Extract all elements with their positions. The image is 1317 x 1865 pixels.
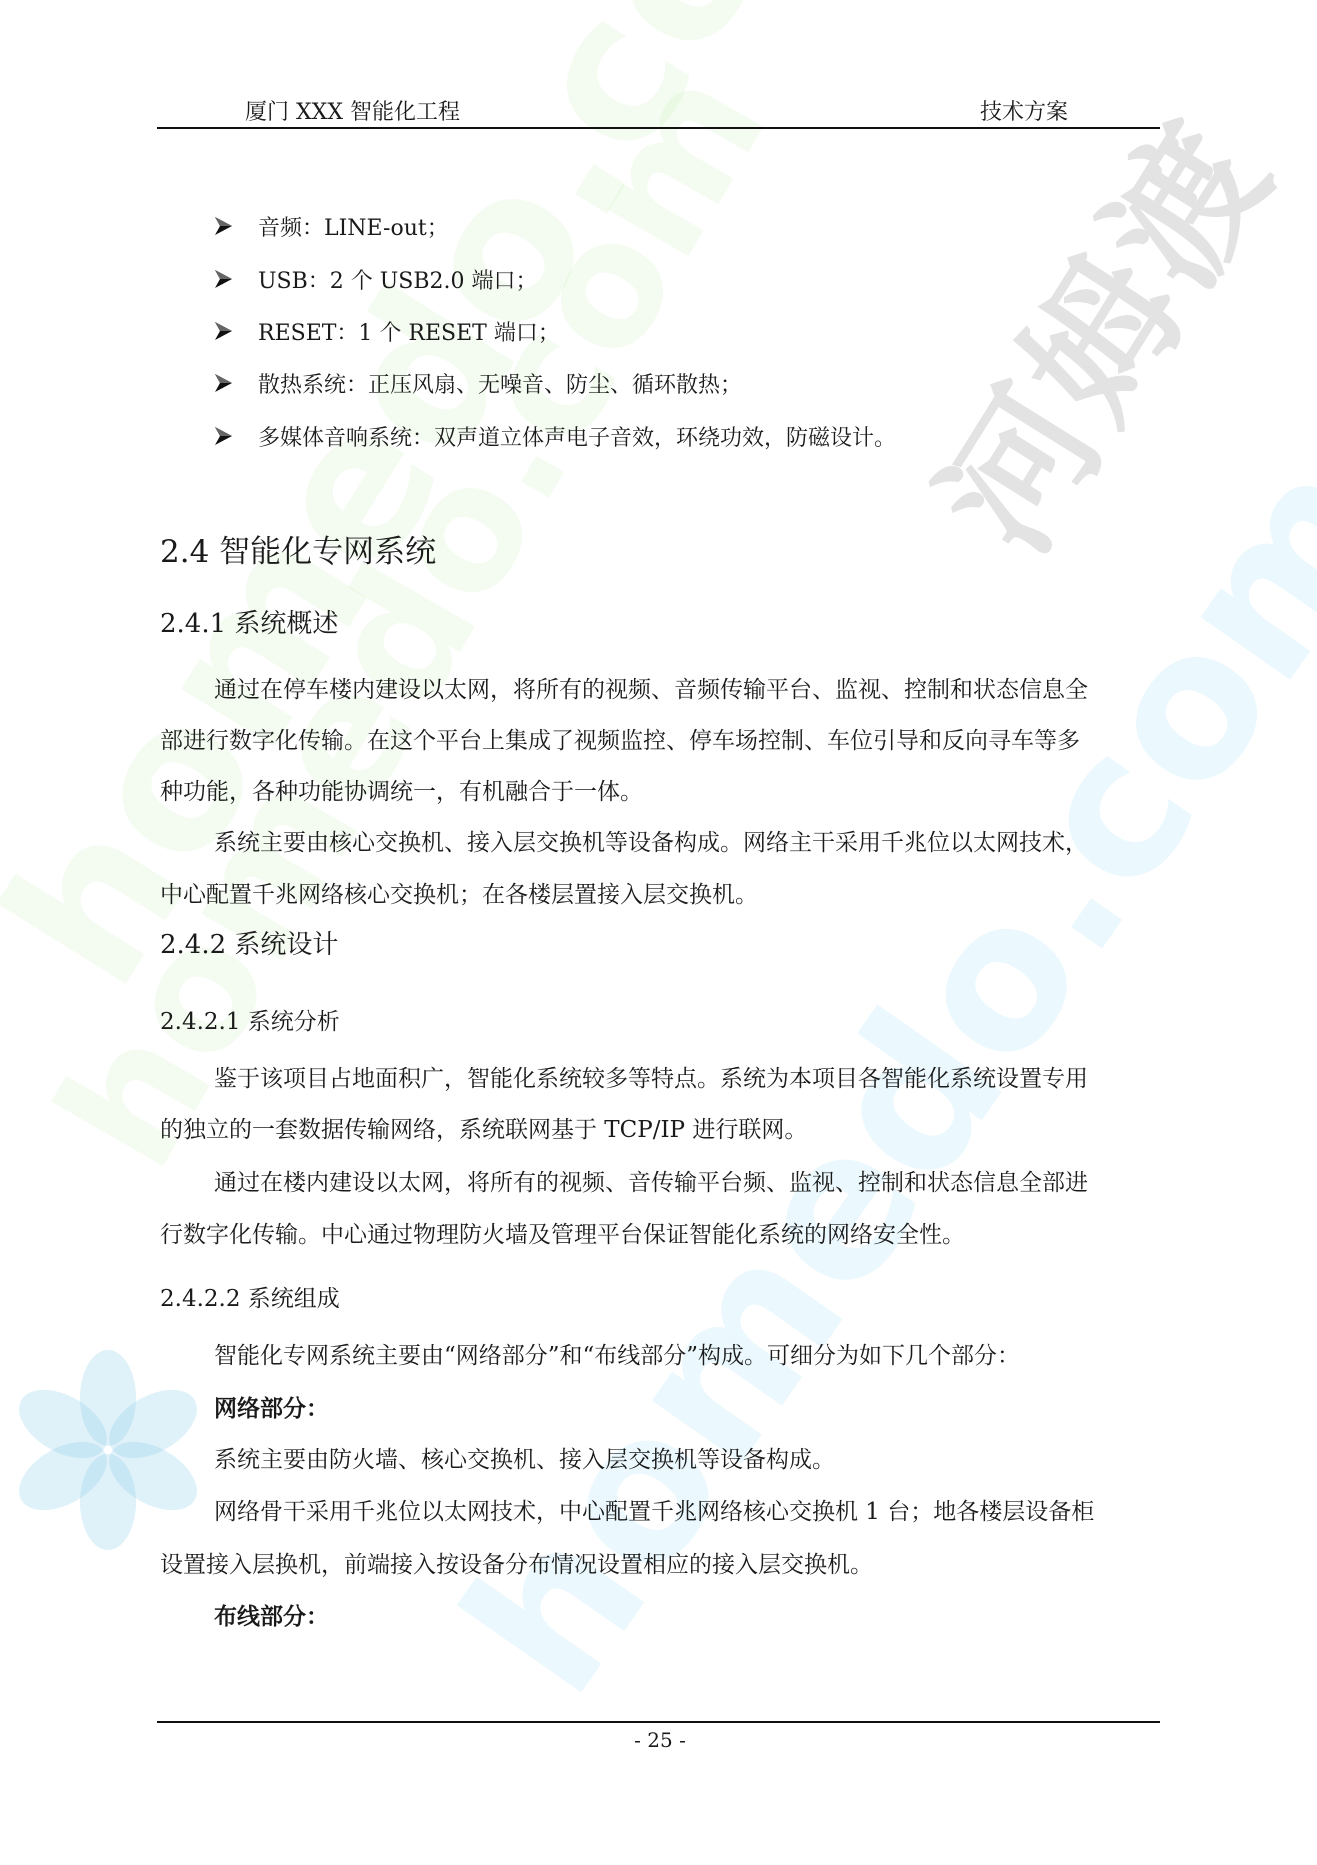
section-heading-2-4-1: 2.4.1 系统概述 <box>160 603 338 640</box>
header-divider <box>157 127 1160 129</box>
network-part-label: 网络部分： <box>214 1390 329 1423</box>
cabling-part-label: 布线部分： <box>214 1598 329 1631</box>
paragraph-line: 种功能，各种功能协调统一，有机融合于一体。 <box>160 773 643 806</box>
paragraph-line: 网络骨干采用千兆位以太网技术，中心配置千兆网络核心交换机 1 台；地各楼层设备柜 <box>214 1493 1094 1526</box>
arrow-bullet-icon <box>213 321 233 341</box>
document-page: 厦门 XXX 智能化工程 技术方案 音频：LINE-out； USB：2 个 U… <box>0 0 1317 1865</box>
bullet-item: RESET：1 个 RESET 端口； <box>213 314 560 348</box>
bullet-item: USB：2 个 USB2.0 端口； <box>213 262 538 296</box>
paragraph-line: 部进行数字化传输。在这个平台上集成了视频监控、停车场控制、车位引导和反向寻车等多 <box>160 722 1080 755</box>
paragraph-line: 的独立的一套数据传输网络，系统联网基于 TCP/IP 进行联网。 <box>160 1111 807 1144</box>
section-heading-2-4-2: 2.4.2 系统设计 <box>160 924 338 961</box>
section-heading-2-4: 2.4 智能化专网系统 <box>160 526 436 571</box>
footer-divider <box>157 1721 1160 1723</box>
bullet-text: 多媒体音响系统：双声道立体声电子音效，环绕功效，防磁设计。 <box>258 421 896 452</box>
page-number: - 25 - <box>620 1728 700 1752</box>
header-doc-type: 技术方案 <box>980 95 1068 126</box>
paragraph-line: 鉴于该项目占地面积广，智能化系统较多等特点。系统为本项目各智能化系统设置专用 <box>214 1060 1088 1093</box>
bullet-text: RESET：1 个 RESET 端口； <box>258 316 560 347</box>
paragraph-line: 通过在停车楼内建设以太网，将所有的视频、音频传输平台、监视、控制和状态信息全 <box>214 671 1088 704</box>
arrow-bullet-icon <box>213 373 233 393</box>
bullet-item: 多媒体音响系统：双声道立体声电子音效，环绕功效，防磁设计。 <box>213 419 896 453</box>
paragraph-line: 设置接入层换机，前端接入按设备分布情况设置相应的接入层交换机。 <box>160 1546 873 1579</box>
header-project-title: 厦门 XXX 智能化工程 <box>245 95 460 126</box>
paragraph-line: 通过在楼内建设以太网，将所有的视频、音传输平台频、监视、控制和状态信息全部进 <box>214 1164 1088 1197</box>
arrow-bullet-icon <box>213 269 233 289</box>
bullet-item: 音频：LINE-out； <box>213 209 449 243</box>
paragraph-line: 中心配置千兆网络核心交换机；在各楼层置接入层交换机。 <box>160 876 758 909</box>
paragraph-line: 智能化专网系统主要由“网络部分”和“布线部分”构成。可细分为如下几个部分： <box>214 1337 1020 1370</box>
paragraph-line: 系统主要由防火墙、核心交换机、接入层交换机等设备构成。 <box>214 1441 835 1474</box>
bullet-text: USB：2 个 USB2.0 端口； <box>258 264 538 295</box>
arrow-bullet-icon <box>213 216 233 236</box>
paragraph-line: 行数字化传输。中心通过物理防火墙及管理平台保证智能化系统的网络安全性。 <box>160 1216 965 1249</box>
bullet-text: 散热系统：正压风扇、无噪音、防尘、循环散热； <box>258 368 742 399</box>
bullet-text: 音频：LINE-out； <box>258 211 449 242</box>
section-heading-2-4-2-2: 2.4.2.2 系统组成 <box>160 1280 340 1313</box>
paragraph-line: 系统主要由核心交换机、接入层交换机等设备构成。网络主干采用千兆位以太网技术， <box>214 824 1088 857</box>
bullet-item: 散热系统：正压风扇、无噪音、防尘、循环散热； <box>213 366 742 400</box>
section-heading-2-4-2-1: 2.4.2.1 系统分析 <box>160 1003 340 1036</box>
arrow-bullet-icon <box>213 426 233 446</box>
